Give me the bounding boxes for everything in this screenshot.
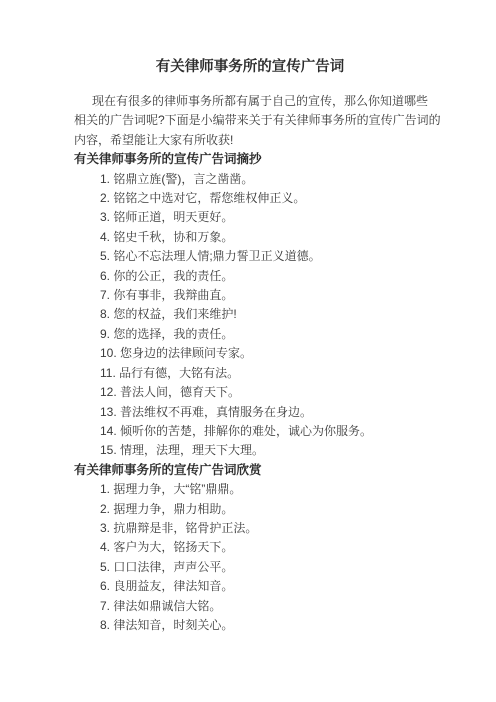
list-item: 11. 品行有德，大铭有法。 — [74, 364, 426, 383]
list-item: 5. 铭心不忘法理人情;鼎力誓卫正义道德。 — [74, 247, 426, 266]
intro-line: 相关的广告词呢?下面是小编带来关于有关律师事务所的宣传广告词的 — [74, 111, 426, 130]
list-item: 4. 铭史千秋，协和万象。 — [74, 228, 426, 247]
list-item: 13. 普法维权不再难，真情服务在身边。 — [74, 403, 426, 422]
list-item: 15. 情理，法理，理天下大理。 — [74, 441, 426, 460]
list-item: 6. 你的公正，我的责任。 — [74, 267, 426, 286]
list-item: 1. 据理力争，大“铭”鼎鼎。 — [74, 480, 426, 499]
list-item: 3. 铭师正道，明天更好。 — [74, 208, 426, 227]
list-item: 7. 你有事非，我辩曲直。 — [74, 286, 426, 305]
list-item: 7. 律法如鼎诚信大铭。 — [74, 597, 426, 616]
list-item: 14. 倾听你的苦楚，排解你的难处，诚心为你服务。 — [74, 422, 426, 441]
document-content: 有关律师事务所的宣传广告词 现在有很多的律师事务所都有属于自己的宣传，那么你知道… — [74, 0, 426, 635]
list-item: 4. 客户为大，铭扬天下。 — [74, 538, 426, 557]
list-item: 5. 口口法律，声声公平。 — [74, 558, 426, 577]
intro-line: 内容，希望能让大家有所收获! — [74, 131, 426, 150]
page-title: 有关律师事务所的宣传广告词 — [74, 56, 426, 78]
document-page: 有关律师事务所的宣传广告词 现在有很多的律师事务所都有属于自己的宣传，那么你知道… — [0, 0, 496, 702]
list-item: 12. 普法人间，德育天下。 — [74, 383, 426, 402]
intro-paragraph: 现在有很多的律师事务所都有属于自己的宣传，那么你知道哪些相关的广告词呢?下面是小… — [74, 92, 426, 150]
list-item: 10. 您身边的法律顾问专家。 — [74, 344, 426, 363]
section-heading: 有关律师事务所的宣传广告词欣赏 — [74, 461, 426, 480]
list-item: 2. 据理力争，鼎力相助。 — [74, 500, 426, 519]
intro-line: 现在有很多的律师事务所都有属于自己的宣传，那么你知道哪些 — [74, 92, 426, 111]
list-item: 1. 铭鼎立旌(警)，言之凿凿。 — [74, 170, 426, 189]
sections-container: 有关律师事务所的宣传广告词摘抄1. 铭鼎立旌(警)，言之凿凿。2. 铭铭之中选对… — [74, 150, 426, 635]
list-item: 3. 抗鼎辩是非，铭骨护正法。 — [74, 519, 426, 538]
section-heading: 有关律师事务所的宣传广告词摘抄 — [74, 150, 426, 169]
list-item: 2. 铭铭之中选对它，帮您维权伸正义。 — [74, 189, 426, 208]
list-item: 9. 您的选择，我的责任。 — [74, 325, 426, 344]
list-item: 6. 良朋益友，律法知音。 — [74, 577, 426, 596]
list-item: 8. 律法知音，时刻关心。 — [74, 616, 426, 635]
list-item: 8. 您的权益，我们来维护! — [74, 305, 426, 324]
